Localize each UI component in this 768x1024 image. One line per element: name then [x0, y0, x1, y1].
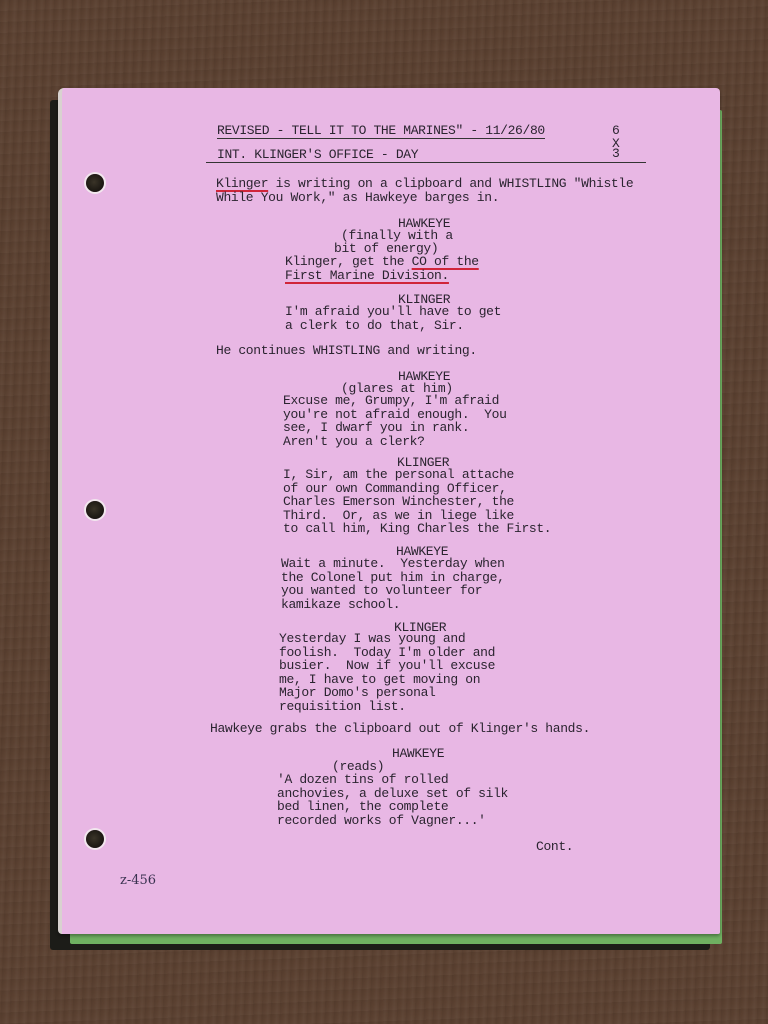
character-hawkeye-4: HAWKEYE [392, 747, 444, 761]
punch-hole-bottom [86, 830, 104, 848]
scene-heading-rule [206, 162, 646, 163]
action-3: Hawkeye grabs the clipboard out of Kling… [210, 722, 590, 736]
dialogue-5: Wait a minute. Yesterday when the Colone… [281, 557, 505, 611]
dialogue-2: I'm afraid you'll have to get a clerk to… [285, 305, 501, 332]
dialogue-4: I, Sir, am the personal attache of our o… [283, 468, 551, 536]
page-sub-3: 3 [612, 149, 619, 159]
punch-hole-middle [86, 501, 104, 519]
action-2: He continues WHISTLING and writing. [216, 344, 477, 358]
dialogue-6: Yesterday I was young and foolish. Today… [279, 632, 495, 713]
scene-heading: INT. KLINGER'S OFFICE - DAY [217, 148, 418, 162]
dialogue-3: Excuse me, Grumpy, I'm afraid you're not… [283, 394, 507, 448]
action-1: Klinger is writing on a clipboard and WH… [216, 177, 633, 204]
continued-marker: Cont. [536, 840, 573, 854]
revision-line: REVISED - TELL IT TO THE MARINES" - 11/2… [217, 124, 545, 139]
dialogue-7: 'A dozen tins of rolled anchovies, a del… [277, 773, 508, 827]
punch-hole-top [86, 174, 104, 192]
handwritten-code: z-456 [120, 873, 156, 888]
dialogue-1: Klinger, get the CO of the First Marine … [285, 255, 479, 282]
